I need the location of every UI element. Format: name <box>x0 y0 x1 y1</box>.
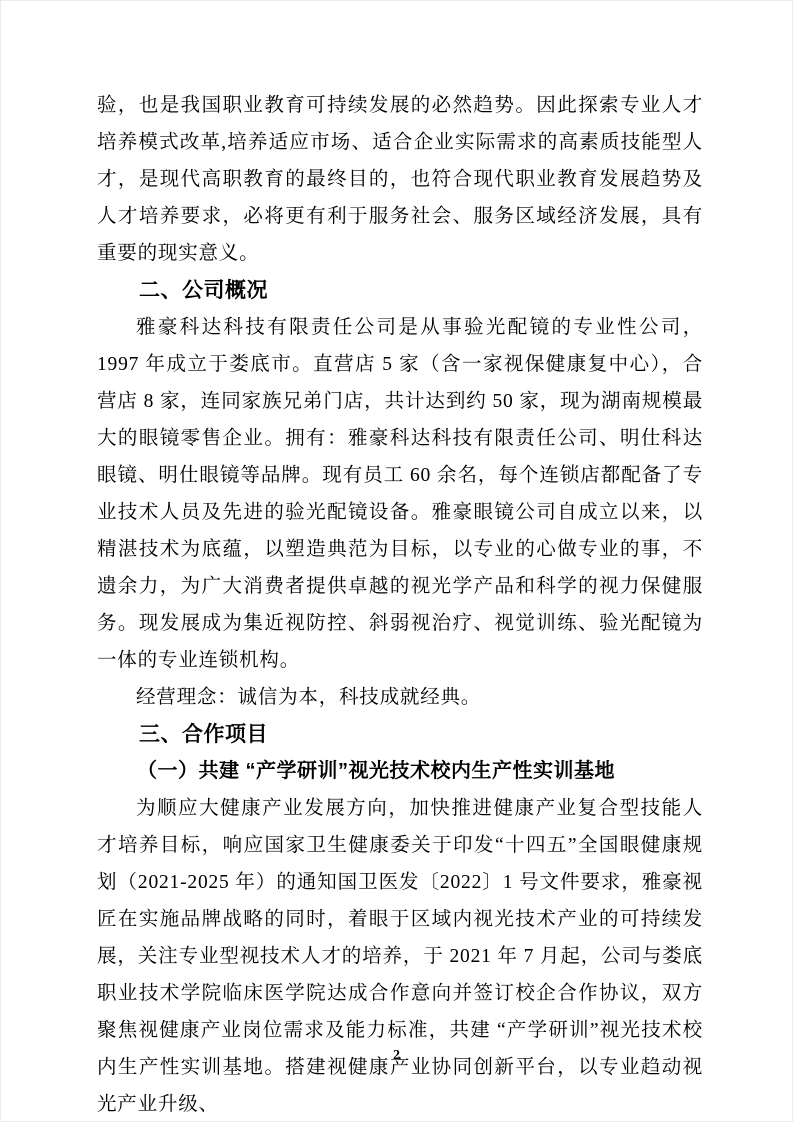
page-number: 2 <box>1 1047 792 1065</box>
section-heading-cooperation-projects: 三、合作项目 <box>97 716 703 753</box>
paragraph-business-philosophy: 经营理念：诚信为本，科技成就经典。 <box>97 679 703 716</box>
page-content: 验，也是我国职业教育可持续发展的必然趋势。因此探索专业人才培养模式改革,培养适应… <box>97 87 703 1122</box>
paragraph-training-base: 为顺应大健康产业发展方向，加快推进健康产业复合型技能人才培养目标，响应国家卫生健… <box>97 790 703 1122</box>
section-heading-company-overview: 二、公司概况 <box>97 272 703 309</box>
subsection-heading-training-base: （一）共建 “产学研训”视光技术校内生产性实训基地 <box>97 753 703 790</box>
paragraph-company-overview: 雅豪科达科技有限责任公司是从事验光配镜的专业性公司，1997 年成立于娄底市。直… <box>97 309 703 679</box>
document-page: 验，也是我国职业教育可持续发展的必然趋势。因此探索专业人才培养模式改革,培养适应… <box>0 0 793 1122</box>
paragraph-continuation: 验，也是我国职业教育可持续发展的必然趋势。因此探索专业人才培养模式改革,培养适应… <box>97 87 703 272</box>
